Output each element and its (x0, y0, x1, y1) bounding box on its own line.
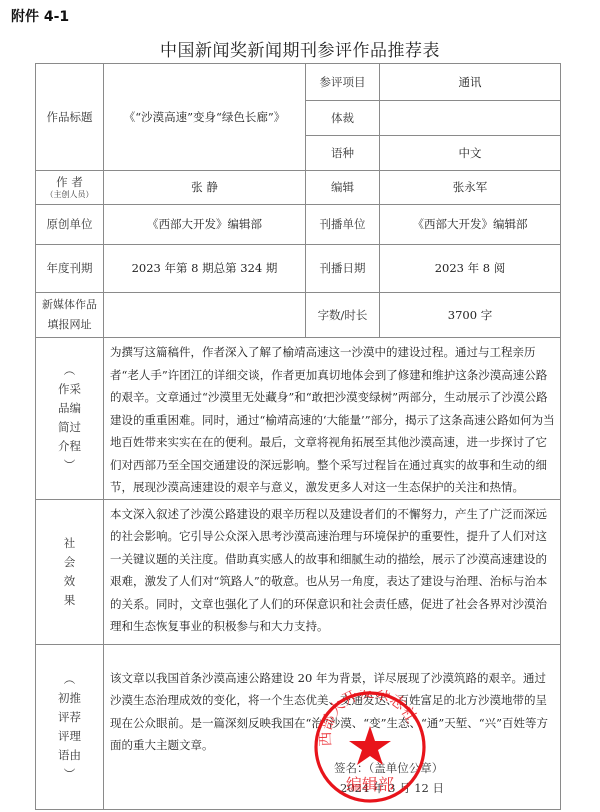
author-label: 作 者 (56, 175, 83, 189)
issue-value: 2023 年第 8 期总第 324 期 (104, 245, 306, 293)
work-title-label: 作品标题 (36, 64, 104, 171)
author-label-cell: 作 者 （主创人员） (36, 171, 104, 205)
new-media-label-line1: 新媒体作品 (42, 298, 97, 311)
social-effect-label: 社 会 效 果 (36, 499, 104, 644)
publish-date-value: 2023 年 8 阅 (380, 245, 561, 293)
recommend-cell: 该文章以我国首条沙漠高速公路建设 20 年为背景，详尽展现了沙漠筑路的艰辛。通过… (104, 644, 561, 809)
origin-unit-label: 原创单位 (36, 205, 104, 245)
social-effect-text: 本文深入叙述了沙漠公路建设的艰辛历程以及建设者们的不懈努力，产生了广泛而深远的社… (104, 499, 561, 644)
attachment-label: 附件 4-1 (11, 6, 69, 26)
category-value: 通讯 (380, 64, 561, 101)
publish-unit-label: 刊播单位 (306, 205, 380, 245)
new-media-label-line2: 填报网址 (48, 318, 92, 331)
issue-label: 年度刊期 (36, 245, 104, 293)
language-value: 中文 (380, 136, 561, 171)
author-value: 张 静 (104, 171, 306, 205)
publish-unit-value: 《西部大开发》编辑部 (380, 205, 561, 245)
work-title-value: 《“沙漠高速”变身“绿色长廊”》 (104, 64, 306, 171)
genre-label: 体裁 (306, 101, 380, 136)
new-media-url-value (104, 293, 306, 338)
signature-date: 2024 年 3 月 12 日 (340, 777, 600, 800)
recommend-label: ︵ 初推 评荐 评理 语由 ︶ (36, 644, 104, 809)
editor-value: 张永军 (380, 171, 561, 205)
page-title: 中国新闻奖新闻期刊参评作品推荐表 (0, 36, 600, 61)
publish-date-label: 刊播日期 (306, 245, 380, 293)
category-label: 参评项目 (306, 64, 380, 101)
language-label: 语种 (306, 136, 380, 171)
editor-label: 编辑 (306, 171, 380, 205)
length-value: 3700 字 (380, 293, 561, 338)
author-sub-label: （主创人员） (36, 190, 103, 200)
new-media-label-cell: 新媒体作品 填报网址 (36, 293, 104, 338)
intro-label: ︵ 作采 品编 简过 介程 ︶ (36, 338, 104, 500)
recommendation-form-table: 作品标题 《“沙漠高速”变身“绿色长廊”》 参评项目 通讯 体裁 语种 中文 作… (35, 63, 561, 810)
genre-value (380, 101, 561, 136)
recommend-text: 该文章以我国首条沙漠高速公路建设 20 年为背景，详尽展现了沙漠筑路的艰辛。通过… (110, 667, 555, 757)
origin-unit-value: 《西部大开发》编辑部 (104, 205, 306, 245)
intro-text: 为撰写这篇稿件，作者深入了解了榆靖高速这一沙漠中的建设过程。通过与工程亲历者“老… (104, 338, 561, 500)
length-label: 字数/时长 (306, 293, 380, 338)
